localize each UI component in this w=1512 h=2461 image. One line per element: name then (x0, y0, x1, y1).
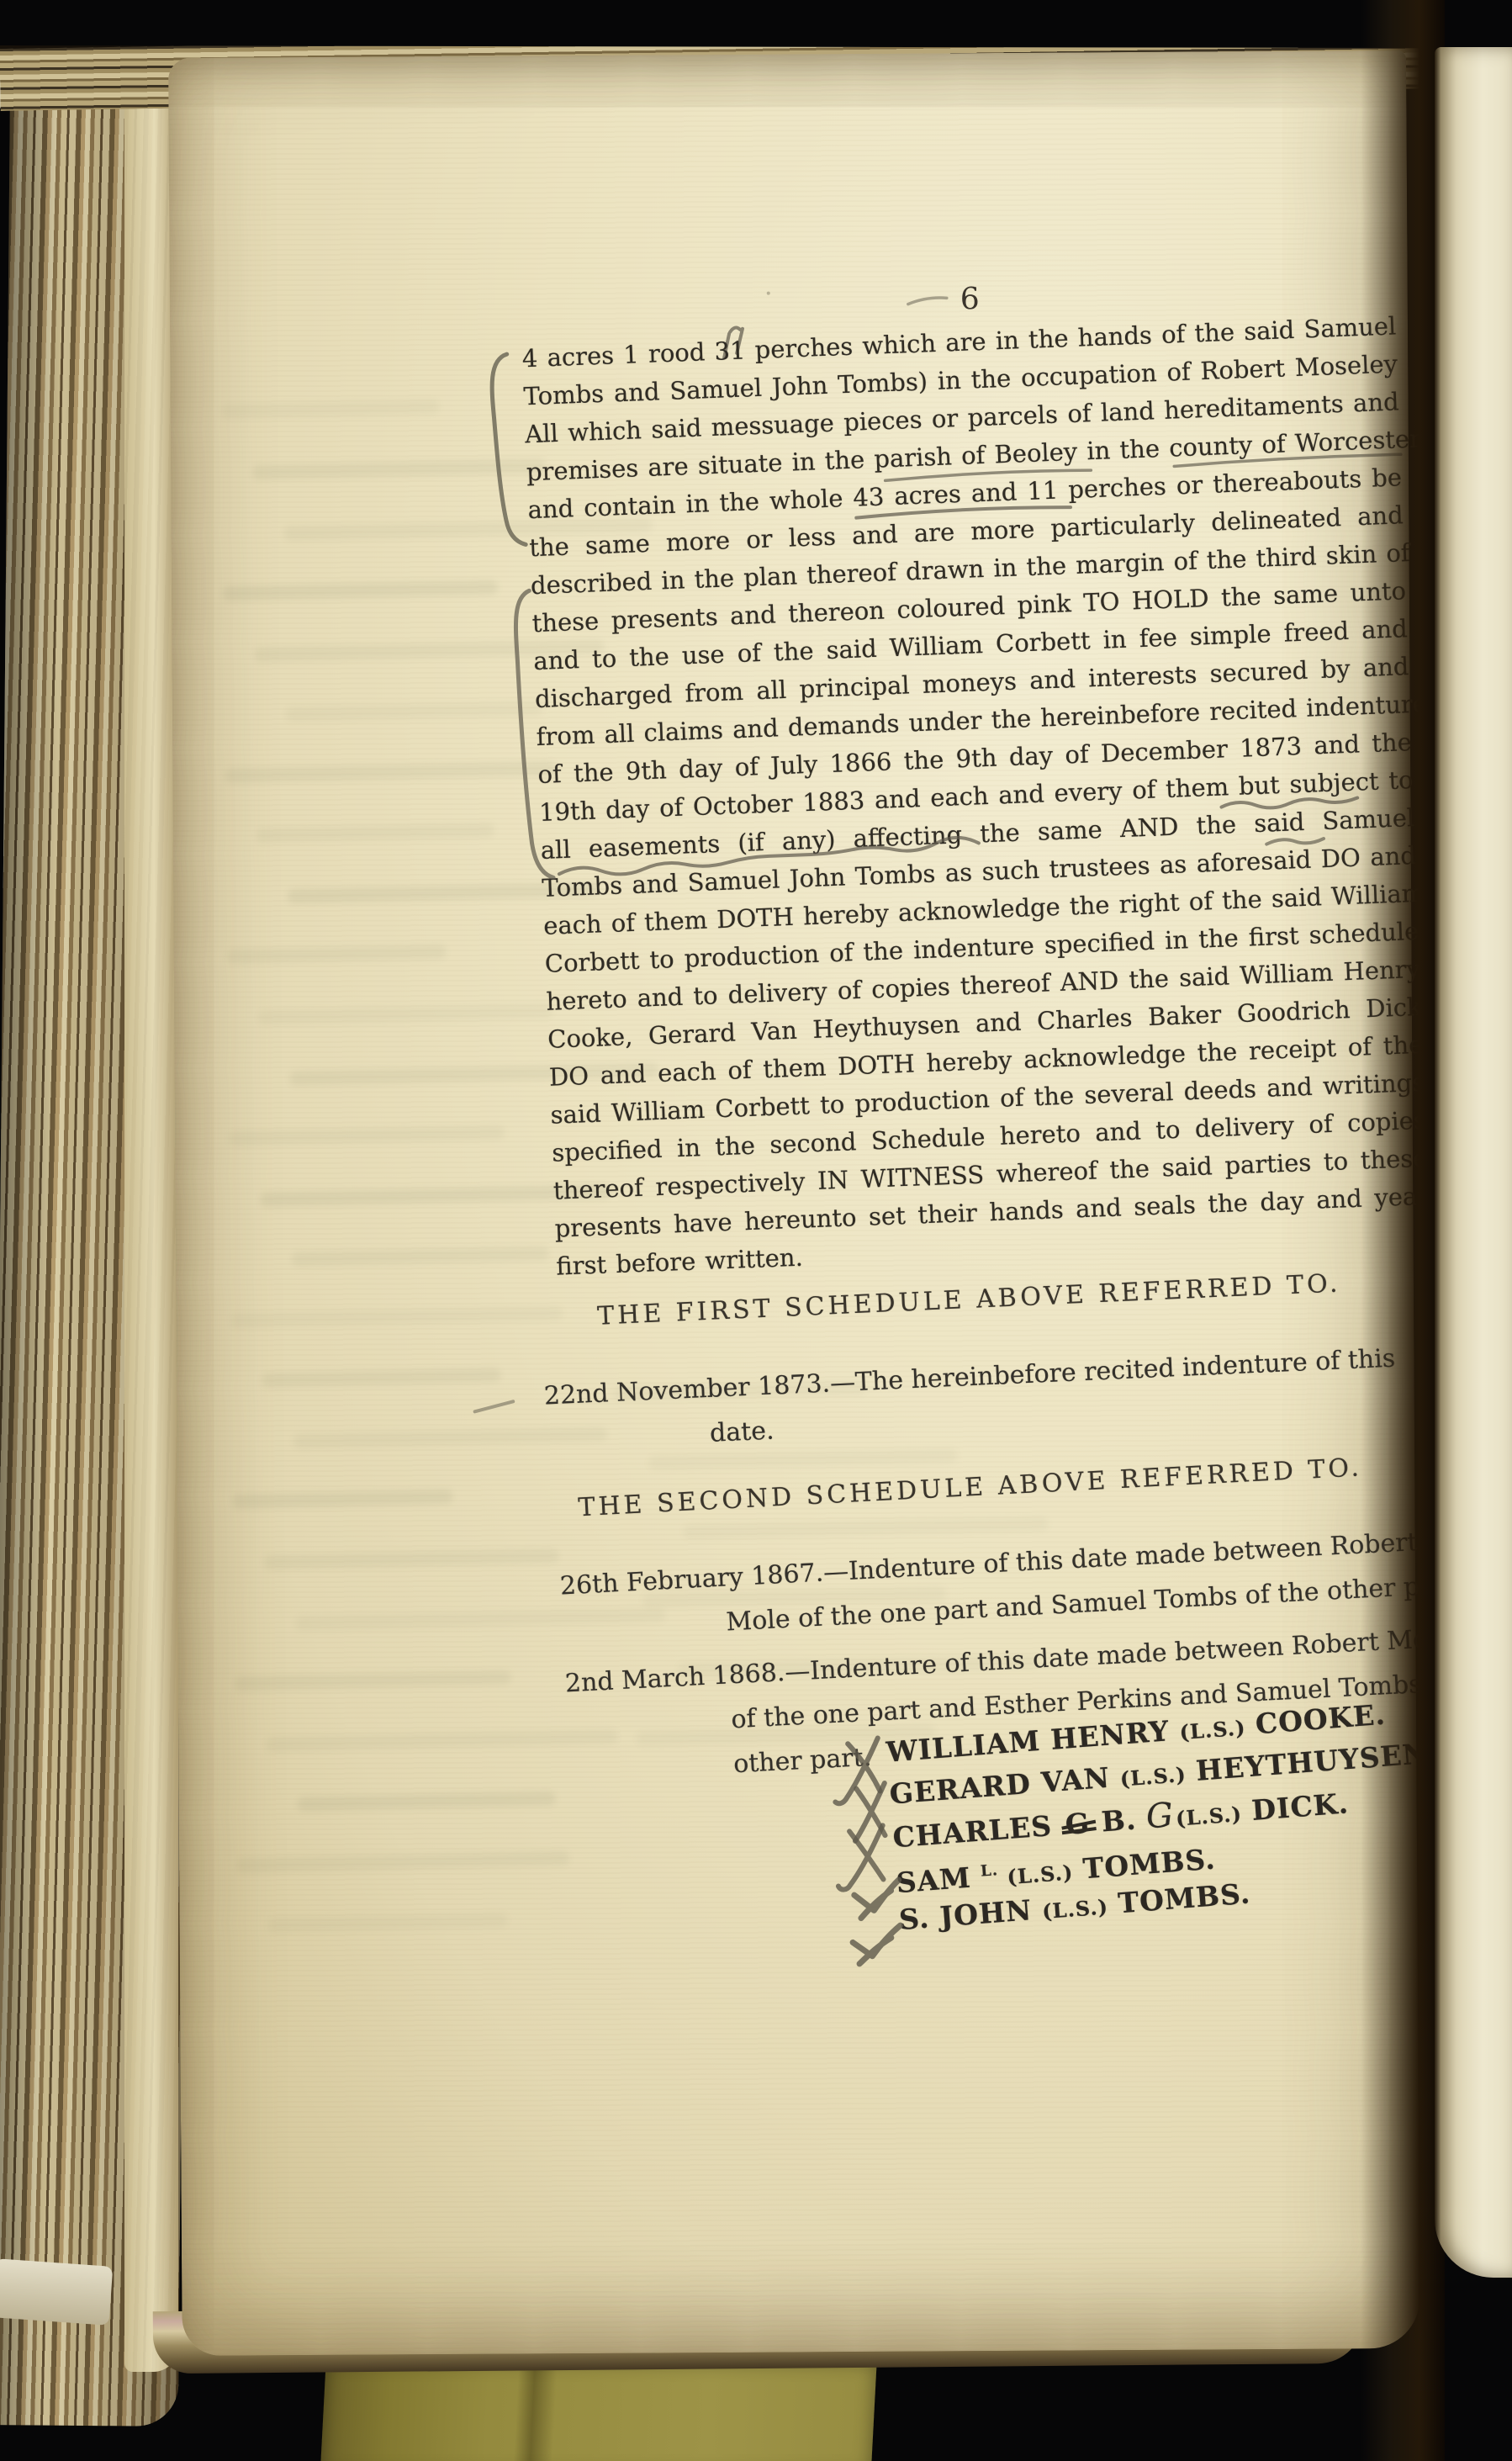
pencil-dash (474, 1401, 513, 1411)
signature-part-struck: G (1064, 1802, 1092, 1846)
bleed-through-line (286, 701, 542, 722)
bleed-through-line (230, 1306, 563, 1328)
page-number: 6 (937, 282, 1004, 316)
bleed-through-line (258, 1003, 552, 1024)
bleed-through-line (267, 1913, 507, 1933)
signature-part-seal: (L.S.) (1179, 1715, 1247, 1744)
next-page-edge (1435, 47, 1512, 2278)
bleed-through-line (264, 1548, 559, 1569)
bleed-through-line (220, 400, 439, 419)
signature-part-text: B. (1100, 1803, 1137, 1839)
bleed-through-line (298, 1792, 556, 1812)
bleed-through-line (235, 1670, 511, 1691)
signature-part-text: SAM (895, 1861, 972, 1900)
pencil-dash-first-schedule (471, 1389, 526, 1422)
bleed-through-line (262, 1368, 500, 1388)
signature-part-text: DICK. (1250, 1786, 1350, 1827)
bleed-through-line (229, 1125, 505, 1146)
gutter-shadow (1361, 0, 1445, 2461)
signature-part-text: S. JOHN (898, 1893, 1034, 1936)
signature-part-sup: L. (980, 1861, 998, 1881)
paper-speck (767, 292, 770, 295)
bleed-through-line (225, 761, 556, 783)
deed-paragraph: 4 acres 1 rood 31 perches which are in t… (521, 307, 1430, 1285)
signature-part-seal: (L.S.) (1119, 1762, 1187, 1792)
signature-part-script: G (1145, 1796, 1175, 1836)
book-photo: 6 4 acres 1 rood 31 perches which are in… (0, 0, 1512, 2461)
loose-page-corner-bottom (0, 2258, 113, 2326)
bleed-through-line (236, 1851, 569, 1873)
signature-part-text: TOMBS. (1117, 1876, 1251, 1919)
paragraph-lines: 4 acres 1 rood 31 perches which are in t… (521, 307, 1430, 1285)
signature-part-seal: (L.S.) (1007, 1860, 1075, 1889)
signature-part-seal: (L.S.) (1175, 1802, 1243, 1831)
bleed-through-line (292, 1246, 549, 1267)
bleed-through-line (223, 580, 498, 601)
bleed-through-line (232, 1490, 452, 1509)
bleed-through-line (256, 823, 494, 843)
book-page: 6 4 acres 1 rood 31 perches which are in… (168, 50, 1420, 2356)
signature-part-seal: (L.S.) (1041, 1894, 1109, 1924)
bleed-through-line (226, 945, 446, 964)
bleed-through-line (252, 458, 546, 479)
